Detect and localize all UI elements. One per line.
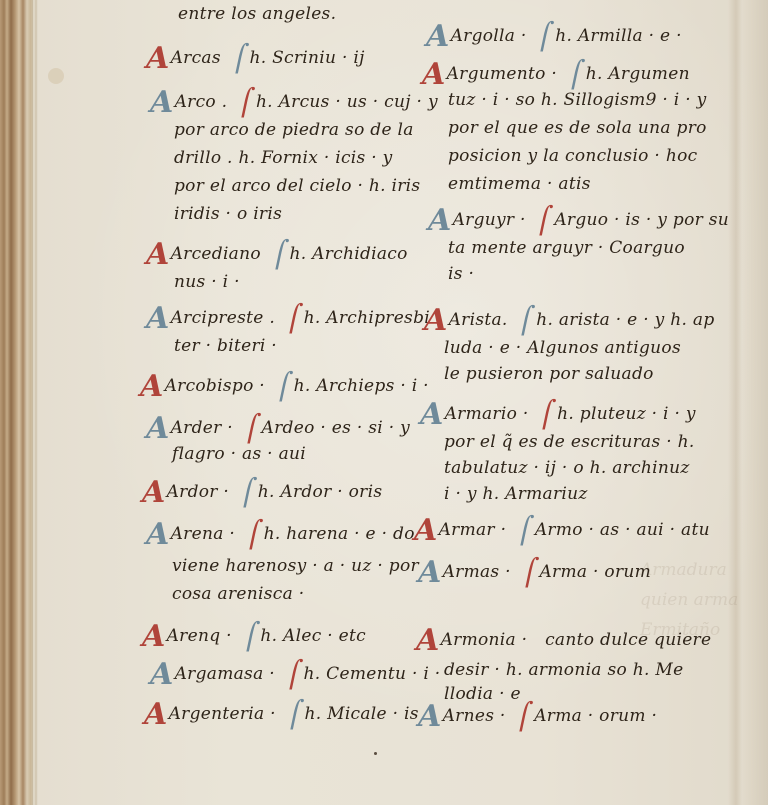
definition: h. Arcus · us · cuj · y bbox=[256, 92, 438, 112]
page-fold-shadow bbox=[728, 0, 768, 805]
headword: Ardor · bbox=[167, 482, 230, 502]
paragraph-mark-icon: ⌠ bbox=[270, 242, 289, 268]
definition: h. Alec · etc bbox=[260, 626, 366, 646]
entry-continuation: ter · biteri · bbox=[174, 336, 277, 356]
entry-continuation: por el q̃ es de escrituras · h. bbox=[444, 432, 695, 452]
manuscript-page: Armadura quien arma Ermitaño entre los a… bbox=[0, 0, 768, 805]
entry-continuation: posicion y la conclusio · hoc bbox=[448, 146, 697, 166]
rubric-capital: A bbox=[414, 516, 438, 546]
headword: Armario · bbox=[445, 404, 529, 424]
entry-continuation: le pusieron por saluado bbox=[444, 364, 654, 384]
entry-continuation: flagro · as · aui bbox=[172, 444, 306, 464]
entry-continuation: luda · e · Algunos antiguos bbox=[444, 338, 681, 358]
definition: h. Cementu · i · bbox=[304, 664, 441, 684]
rubric-capital: A bbox=[142, 622, 166, 652]
headword: Arcobispo · bbox=[165, 376, 265, 396]
entry-continuation: nus · i · bbox=[174, 272, 240, 292]
entry-argamasa: AArgamasa · ⌠h. Cementu · i · bbox=[150, 660, 441, 690]
entry-continuation: desir · h. armonia so h. Me bbox=[444, 660, 683, 680]
headword: Argumento · bbox=[447, 64, 558, 84]
definition: h. Archidiaco bbox=[289, 244, 407, 264]
entry-continuation: tabulatuz · ij · o h. archinuz bbox=[444, 458, 690, 478]
paragraph-mark-icon: ⌠ bbox=[236, 90, 255, 116]
entry-arenq: AArenq · ⌠h. Alec · etc bbox=[142, 622, 366, 652]
paragraph-mark-icon: ⌠ bbox=[274, 374, 293, 400]
paragraph-mark-icon: ⌠ bbox=[535, 208, 554, 234]
headword: Arcas bbox=[171, 48, 221, 68]
ink-dot bbox=[374, 752, 377, 755]
entry-armar: AArmar · ⌠Armo · as · aui · atu bbox=[414, 516, 710, 546]
rubric-capital: A bbox=[420, 400, 444, 430]
entry-arnes: AArnes · ⌠Arma · orum · bbox=[418, 702, 657, 732]
definition: Arma · orum · bbox=[534, 706, 657, 726]
entry-continuation: is · bbox=[448, 264, 474, 284]
paragraph-mark-icon: ⌠ bbox=[238, 480, 257, 506]
entry-continuation: emtimema · atis bbox=[448, 174, 591, 194]
entry-continuation: drillo . h. Fornix · icis · y bbox=[174, 148, 393, 168]
entry-continuation: iridis · o iris bbox=[174, 204, 282, 224]
headword: Armas · bbox=[443, 562, 511, 582]
definition: Armo · as · aui · atu bbox=[535, 520, 710, 540]
entry-arcobispo: AArcobispo · ⌠h. Archieps · i · bbox=[140, 372, 429, 402]
paragraph-mark-icon: ⌠ bbox=[566, 62, 585, 88]
definition: h. Scriniu · ij bbox=[249, 48, 364, 68]
entry-continuation: viene harenosy · a · uz · por bbox=[172, 556, 419, 576]
rubric-capital: A bbox=[144, 700, 168, 730]
headword: Arcediano bbox=[171, 244, 261, 264]
entry-arco: AArco . ⌠h. Arcus · us · cuj · y bbox=[150, 88, 438, 118]
entry-continuation: tuz · i · so h. Sillogism9 · i · y bbox=[448, 90, 707, 110]
paragraph-mark-icon: ⌠ bbox=[285, 702, 304, 728]
rubric-capital: A bbox=[418, 558, 442, 588]
paragraph-mark-icon: ⌠ bbox=[515, 704, 534, 730]
definition: canto dulce quiere bbox=[545, 630, 711, 650]
show-through-text: Armadura bbox=[640, 560, 727, 580]
headword: Arena · bbox=[171, 524, 235, 544]
paragraph-mark-icon: ⌠ bbox=[517, 308, 536, 334]
paragraph-mark-icon: ⌠ bbox=[241, 624, 260, 650]
headword: Arder · bbox=[171, 418, 233, 438]
headword: Argolla · bbox=[451, 26, 527, 46]
definition: h. Armilla · e · bbox=[555, 26, 682, 46]
definition: h. arista · e · y h. ap bbox=[536, 310, 714, 330]
show-through-text: quien arma bbox=[640, 590, 738, 610]
rubric-capital: A bbox=[416, 626, 440, 656]
rubric-capital: A bbox=[150, 660, 174, 690]
rubric-capital: A bbox=[146, 240, 170, 270]
entry-argenteria: AArgenteria · ⌠h. Micale · is bbox=[144, 700, 419, 730]
entry-continuation: llodia · e bbox=[444, 684, 521, 704]
binding-rule-line bbox=[32, 0, 33, 805]
rubric-capital: A bbox=[426, 22, 450, 52]
rubric-capital: A bbox=[146, 414, 170, 444]
headword: Argenteria · bbox=[169, 704, 276, 724]
entry-ardor: AArdor · ⌠h. Ardor · oris bbox=[142, 478, 382, 508]
definition: Arguo · is · y por su bbox=[554, 210, 729, 230]
rubric-capital: A bbox=[418, 702, 442, 732]
rubric-capital: A bbox=[146, 44, 170, 74]
paragraph-mark-icon: ⌠ bbox=[520, 560, 539, 586]
continuation-line: entre los angeles. bbox=[178, 4, 336, 24]
headword: Arguyr · bbox=[453, 210, 526, 230]
rubric-capital: A bbox=[424, 306, 448, 336]
entry-armario: AArmario · ⌠h. pluteuz · i · y bbox=[420, 400, 696, 430]
definition: h. pluteuz · i · y bbox=[557, 404, 696, 424]
headword: Armar · bbox=[439, 520, 507, 540]
headword: Arenq · bbox=[167, 626, 232, 646]
paragraph-mark-icon: ⌠ bbox=[284, 306, 303, 332]
rubric-capital: A bbox=[142, 478, 166, 508]
entry-arista: AArista. ⌠h. arista · e · y h. ap bbox=[424, 306, 715, 336]
definition: h. Micale · is bbox=[304, 704, 418, 724]
rubric-capital: A bbox=[422, 60, 446, 90]
definition: h. Argumen bbox=[586, 64, 690, 84]
entry-continuation: ta mente arguyr · Coarguo bbox=[448, 238, 685, 258]
paragraph-mark-icon: ⌠ bbox=[284, 662, 303, 688]
entry-armonia: AArmonia · canto dulce quiere bbox=[416, 626, 711, 656]
headword: Armonia · bbox=[441, 630, 528, 650]
paragraph-mark-icon: ⌠ bbox=[244, 522, 263, 548]
entry-argumento: AArgumento · ⌠h. Argumen bbox=[422, 60, 690, 90]
headword: Argamasa · bbox=[175, 664, 275, 684]
entry-arguyr: AArguyr · ⌠Arguo · is · y por su bbox=[428, 206, 729, 236]
rubric-capital: A bbox=[146, 520, 170, 550]
entry-arena: AArena · ⌠h. harena · e · do bbox=[146, 520, 415, 550]
headword: Arco . bbox=[175, 92, 228, 112]
definition: h. Archieps · i · bbox=[294, 376, 429, 396]
paragraph-mark-icon: ⌠ bbox=[515, 518, 534, 544]
paragraph-mark-icon: ⌠ bbox=[242, 416, 261, 442]
definition: h. harena · e · do bbox=[264, 524, 415, 544]
rubric-capital: A bbox=[150, 88, 174, 118]
headword: Arcipreste . bbox=[171, 308, 275, 328]
entry-arcipreste: AArcipreste . ⌠h. Archipresbi bbox=[146, 304, 430, 334]
entry-arcas: AArcas ⌠h. Scriniu · ij bbox=[146, 44, 365, 74]
paragraph-mark-icon: ⌠ bbox=[538, 402, 557, 428]
paragraph-mark-icon: ⌠ bbox=[230, 46, 249, 72]
paragraph-mark-icon: ⌠ bbox=[536, 24, 555, 50]
rubric-capital: A bbox=[140, 372, 164, 402]
entry-continuation: cosa arenisca · bbox=[172, 584, 304, 604]
headword: Arnes · bbox=[443, 706, 506, 726]
definition: Arma · orum bbox=[539, 562, 651, 582]
entry-argolla: AArgolla · ⌠h. Armilla · e · bbox=[426, 22, 682, 52]
entry-continuation: i · y h. Armariuz bbox=[444, 484, 588, 504]
entry-armas: AArmas · ⌠Arma · orum bbox=[418, 558, 651, 588]
entry-continuation: por el que es de sola una pro bbox=[448, 118, 707, 138]
parchment-stain bbox=[48, 68, 64, 84]
entry-continuation: por arco de piedra so de la bbox=[174, 120, 414, 140]
definition: Ardeo · es · si · y bbox=[262, 418, 410, 438]
entry-arcediano: AArcediano ⌠h. Archidiaco bbox=[146, 240, 408, 270]
entry-continuation: por el arco del cielo · h. iris bbox=[174, 176, 420, 196]
rubric-capital: A bbox=[428, 206, 452, 236]
entry-arder: AArder · ⌠Ardeo · es · si · y bbox=[146, 414, 410, 444]
headword: Arista. bbox=[449, 310, 508, 330]
rubric-capital: A bbox=[146, 304, 170, 334]
definition: h. Archipresbi bbox=[304, 308, 430, 328]
definition: h. Ardor · oris bbox=[258, 482, 383, 502]
